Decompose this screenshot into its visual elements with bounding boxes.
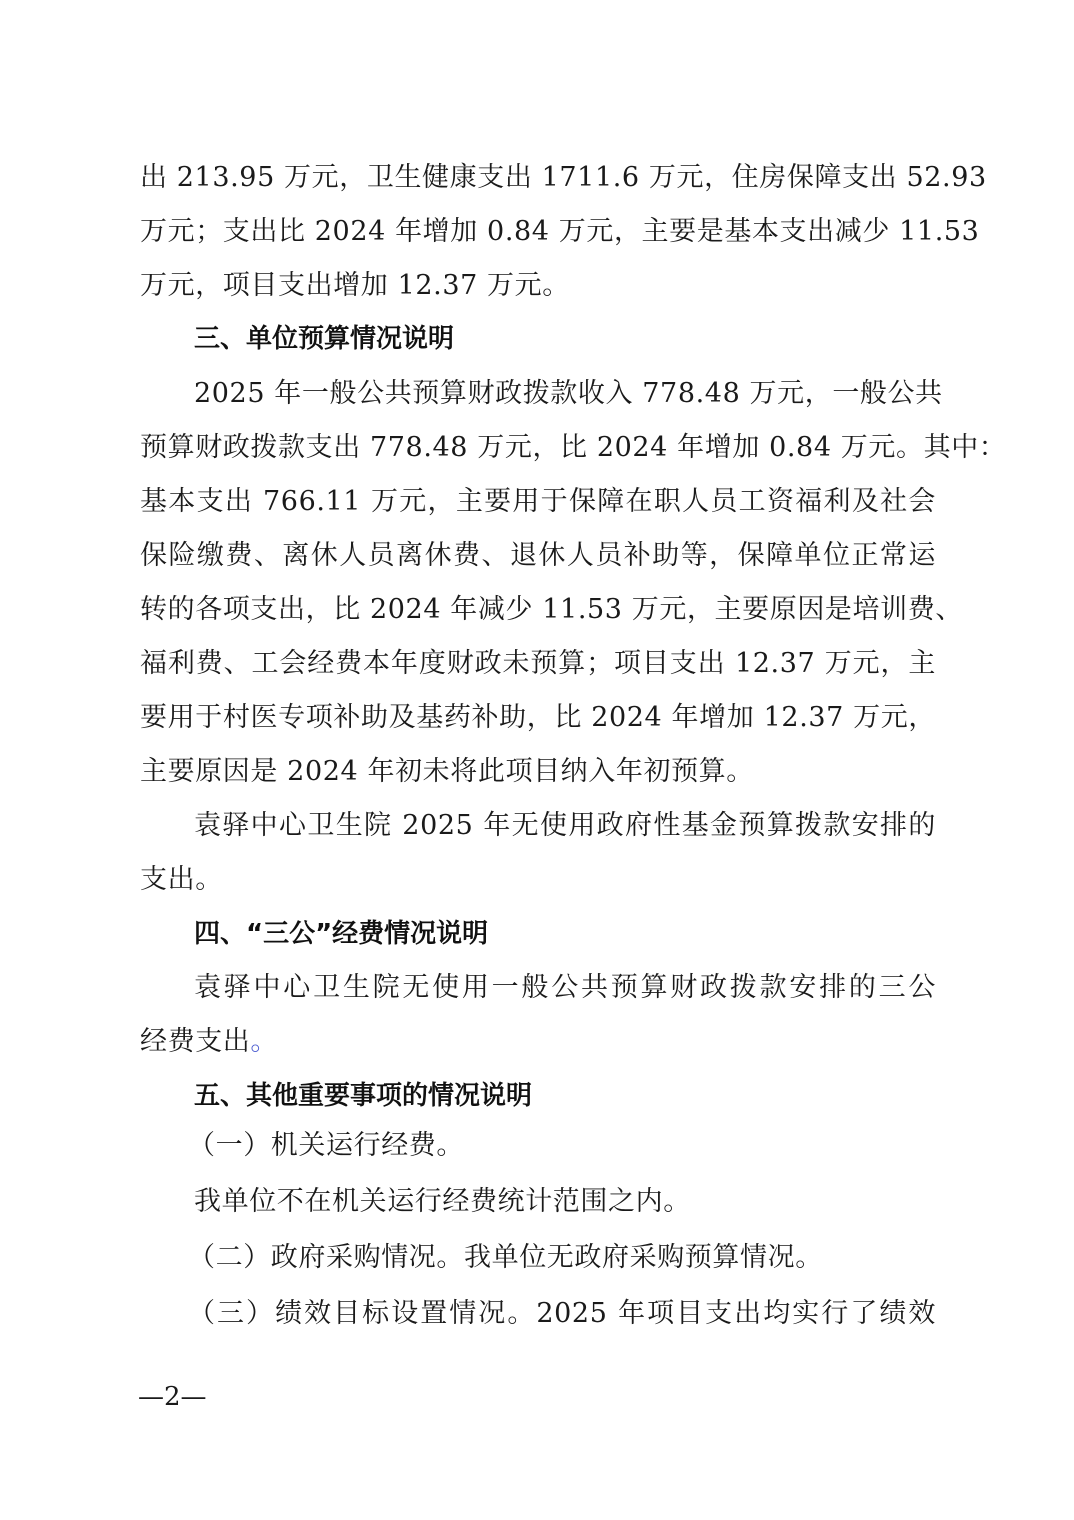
body-text-line: 万元；支出比 2024 年增加 0.84 万元，主要是基本支出减少 11.53 xyxy=(140,212,936,252)
body-text-line: 支出。 xyxy=(140,860,936,900)
body-text-line: 袁驿中心卫生院无使用一般公共预算财政拨款安排的三公 xyxy=(194,968,936,1008)
section-heading-unit-budget: 三、单位预算情况说明 xyxy=(194,319,454,359)
body-text-line: 万元，项目支出增加 12.37 万元。 xyxy=(140,266,936,306)
section-heading-other-matters: 五、其他重要事项的情况说明 xyxy=(194,1076,532,1116)
document-page: 出 213.95 万元，卫生健康支出 1711.6 万元，住房保障支出 52.9… xyxy=(0,0,1074,1520)
body-text-line: 2025 年一般公共预算财政拨款收入 778.48 万元，一般公共 xyxy=(194,374,936,414)
section-heading-three-public-expenses: 四、“三公”经费情况说明 xyxy=(194,914,488,954)
body-text-line: 出 213.95 万元，卫生健康支出 1711.6 万元，住房保障支出 52.9… xyxy=(140,158,936,198)
body-text-line: 袁驿中心卫生院 2025 年无使用政府性基金预算拨款安排的 xyxy=(194,806,936,846)
body-text-line: 基本支出 766.11 万元，主要用于保障在职人员工资福利及社会 xyxy=(140,482,936,522)
blue-period-mark: 。 xyxy=(250,1026,278,1057)
body-text-line: 经费支出。 xyxy=(140,1022,936,1062)
page-number: —2— xyxy=(138,1377,207,1417)
body-text-line: 福利费、工会经费本年度财政未预算；项目支出 12.37 万元，主 xyxy=(140,644,936,684)
body-text-line: 主要原因是 2024 年初未将此项目纳入年初预算。 xyxy=(140,752,936,792)
body-text-line: 保险缴费、离休人员离休费、退休人员补助等，保障单位正常运 xyxy=(140,536,936,576)
subsection-performance-targets: （三）绩效目标设置情况。2025 年项目支出均实行了绩效 xyxy=(188,1294,936,1334)
subsection-government-procurement: （二）政府采购情况。我单位无政府采购预算情况。 xyxy=(188,1238,823,1278)
body-text-segment: 经费支出 xyxy=(140,1026,250,1057)
body-text-line: 要用于村医专项补助及基药补助，比 2024 年增加 12.37 万元， xyxy=(140,698,936,738)
body-text-line: 我单位不在机关运行经费统计范围之内。 xyxy=(194,1182,691,1222)
body-text-line: 转的各项支出，比 2024 年减少 11.53 万元，主要原因是培训费、 xyxy=(140,590,936,630)
body-text-line: 预算财政拨款支出 778.48 万元，比 2024 年增加 0.84 万元。其中… xyxy=(140,428,936,468)
subsection-title-operating-expenses: （一）机关运行经费。 xyxy=(188,1126,464,1166)
